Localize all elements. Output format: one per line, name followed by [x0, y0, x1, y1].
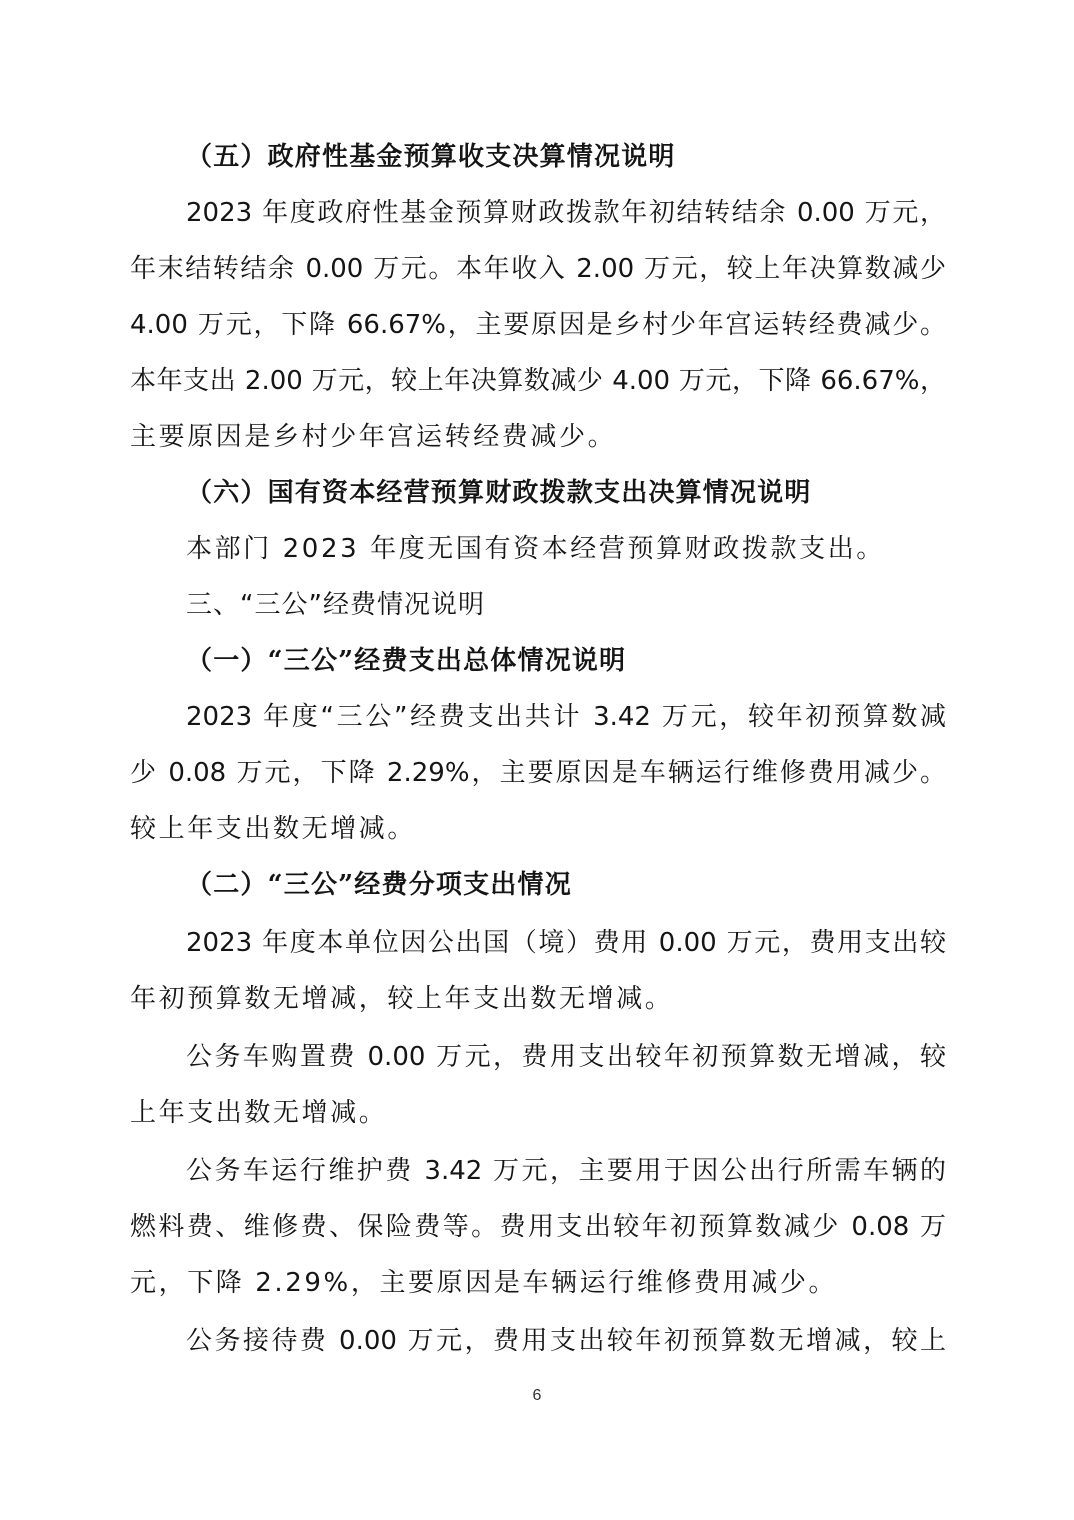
paragraph-line: 主要原因是乡村少年宫运转经费减少。 — [130, 420, 946, 454]
document-page: （五）政府性基金预算收支决算情况说明 2023 年度政府性基金预算财政拨款年初结… — [0, 0, 1074, 1520]
paragraph-line: 4.00 万元，下降 66.67%，主要原因是乡村少年宫运转经费减少。 — [130, 308, 946, 342]
paragraph-line: 较上年支出数无增减。 — [130, 812, 946, 846]
paragraph-line: 年初预算数无增减，较上年支出数无增减。 — [130, 982, 946, 1016]
paragraph-line: 公务车购置费 0.00 万元，费用支出较年初预算数无增减，较 — [186, 1040, 946, 1074]
paragraph-line: 本年支出 2.00 万元，较上年决算数减少 4.00 万元，下降 66.67%， — [130, 364, 946, 398]
paragraph-line: 元，下降 2.29%，主要原因是车辆运行维修费用减少。 — [130, 1266, 946, 1300]
section-heading-three-public: 三、“三公”经费情况说明 — [186, 588, 1002, 622]
paragraph-line: 上年支出数无增减。 — [130, 1096, 946, 1130]
paragraph-line: 燃料费、维修费、保险费等。费用支出较年初预算数减少 0.08 万 — [130, 1210, 946, 1244]
page-number: 6 — [0, 1387, 1074, 1405]
paragraph-line: 少 0.08 万元，下降 2.29%，主要原因是车辆运行维修费用减少。 — [130, 756, 946, 790]
paragraph-line: 本部门 2023 年度无国有资本经营预算财政拨款支出。 — [186, 532, 1002, 566]
subheading-three-public-overall: （一）“三公”经费支出总体情况说明 — [186, 644, 1002, 678]
paragraph-line: 公务接待费 0.00 万元，费用支出较年初预算数无增减，较上 — [186, 1324, 946, 1358]
subheading-government-fund: （五）政府性基金预算收支决算情况说明 — [186, 140, 1002, 174]
paragraph-line: 2023 年度“三公”经费支出共计 3.42 万元，较年初预算数减 — [186, 700, 946, 734]
paragraph-line: 年末结转结余 0.00 万元。本年收入 2.00 万元，较上年决算数减少 — [130, 252, 946, 286]
subheading-state-capital: （六）国有资本经营预算财政拨款支出决算情况说明 — [186, 476, 1002, 510]
paragraph-line: 公务车运行维护费 3.42 万元，主要用于因公出行所需车辆的 — [186, 1154, 946, 1188]
paragraph-line: 2023 年度政府性基金预算财政拨款年初结转结余 0.00 万元， — [186, 196, 946, 230]
subheading-three-public-itemized: （二）“三公”经费分项支出情况 — [186, 868, 1002, 902]
paragraph-line: 2023 年度本单位因公出国（境）费用 0.00 万元，费用支出较 — [186, 926, 946, 960]
